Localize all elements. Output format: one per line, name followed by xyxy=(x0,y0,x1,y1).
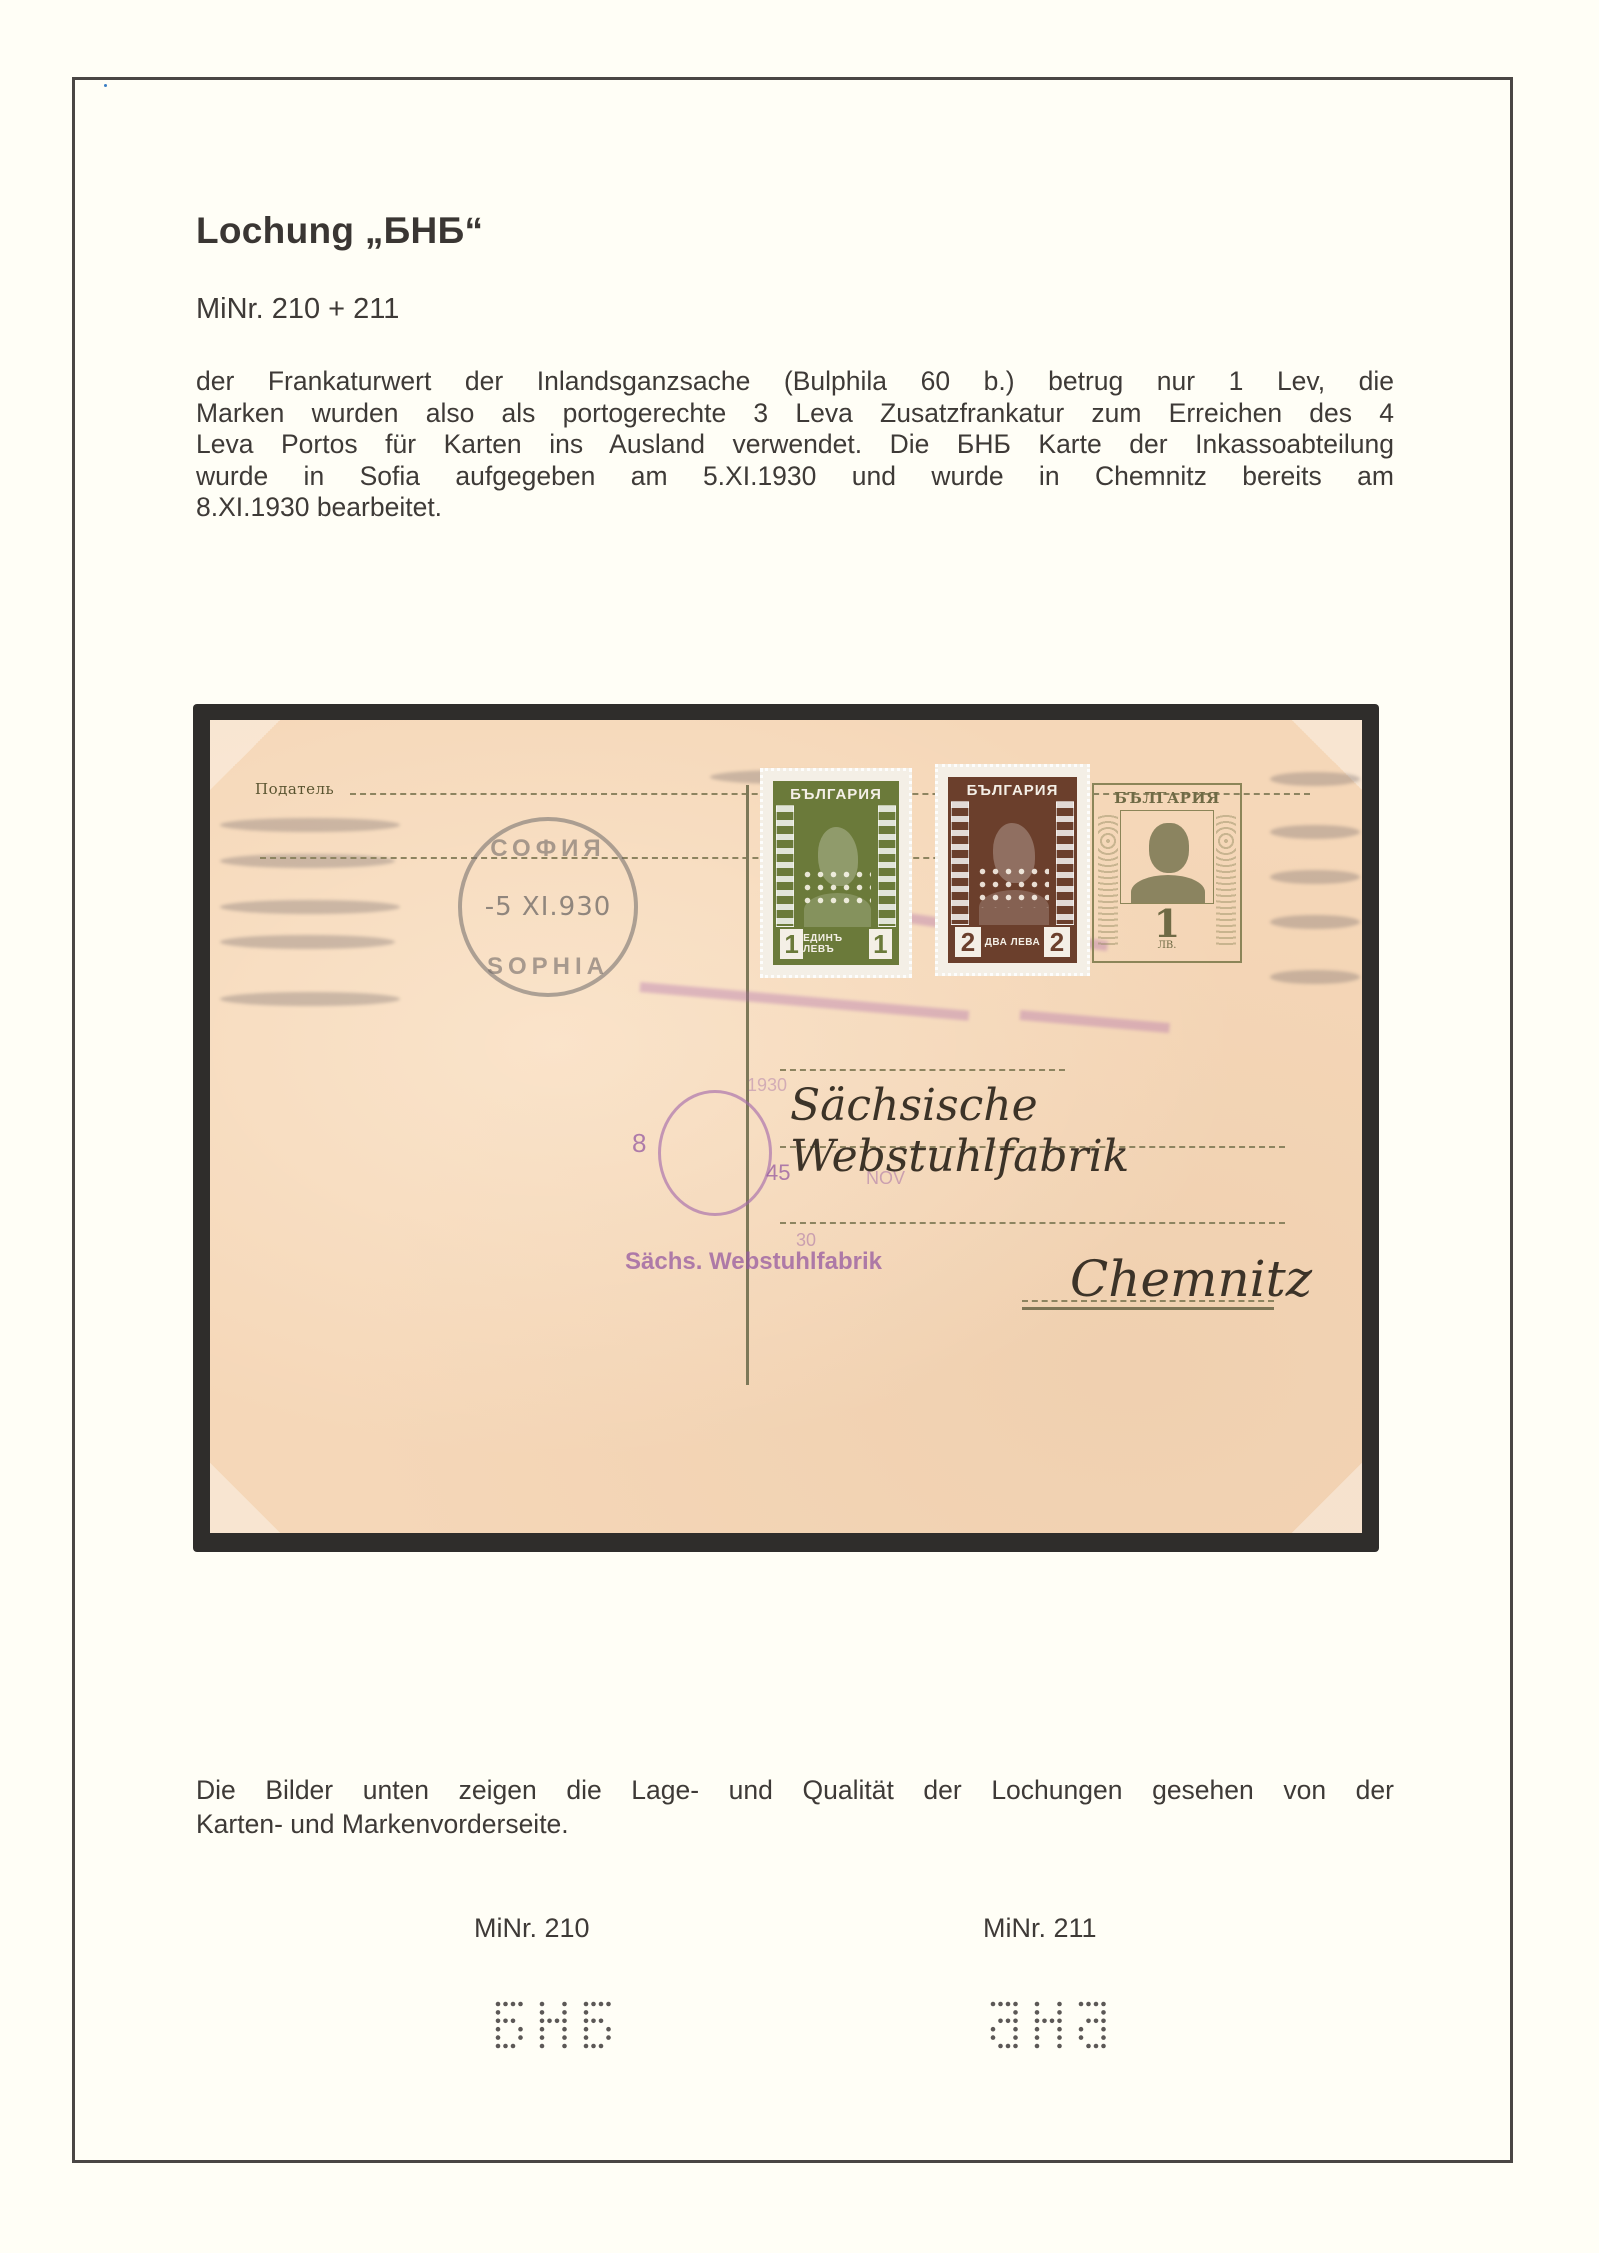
cancel-wave xyxy=(1270,825,1360,839)
postmark-city-latin: SOPHIA xyxy=(462,953,634,981)
receiving-mark-top-year: 1930 xyxy=(747,1075,787,1096)
stamp-footer: 2 ДВА ЛЕВА 2 xyxy=(951,925,1074,960)
page-title: Lochung „БНБ“ xyxy=(196,210,483,252)
description-line: wurde in Sofia aufgegeben am 5.XI.1930 u… xyxy=(196,461,1394,493)
cancel-wave xyxy=(220,900,400,914)
perfin-letter xyxy=(538,2000,568,2050)
address-line xyxy=(780,1069,1065,1071)
stamp-value: 1 xyxy=(780,929,803,959)
address-line xyxy=(780,1222,1285,1224)
perfin-holes xyxy=(976,865,1049,907)
purple-streak xyxy=(640,982,970,1021)
perfin-letter xyxy=(989,2000,1019,2050)
cancel-wave xyxy=(1270,870,1360,884)
description-line: 8.XI.1930 bearbeitet. xyxy=(196,492,1394,524)
cancel-wave xyxy=(220,992,400,1006)
perfin-holes xyxy=(801,868,872,909)
cancel-wave xyxy=(1270,915,1360,929)
catalog-numbers: MiNr. 210 + 211 xyxy=(196,293,399,326)
stamp-design: БЪЛГАРИЯ 1 ЕДИНЪ ЛЕВЪ 1 xyxy=(773,781,899,965)
purple-streak xyxy=(1020,1010,1170,1033)
mount-corner xyxy=(1292,1463,1362,1533)
perfin-letter xyxy=(1077,2000,1107,2050)
stamp-value: 2 xyxy=(1044,927,1070,957)
cancel-wave xyxy=(1270,772,1360,786)
stamp-body xyxy=(776,805,896,927)
description-paragraph: der Frankaturwert der Inlandsganzsache (… xyxy=(196,366,1394,524)
stamp-value-words: ЕДИНЪ ЛЕВЪ xyxy=(803,933,869,955)
stamp-value-words: ДВА ЛЕВА xyxy=(985,937,1040,948)
imprint-value: 1 xyxy=(1154,904,1180,944)
stamp-ornament xyxy=(951,801,969,925)
perfin-letter xyxy=(494,2000,524,2050)
scan-dot xyxy=(104,84,107,87)
stamp-value: 2 xyxy=(955,927,981,957)
perfin-letter xyxy=(582,2000,612,2050)
perfin-label-211: MiNr. 211 xyxy=(983,1913,1097,1944)
chemnitz-receiving-mark xyxy=(658,1090,772,1216)
stamp-country: БЪЛГАРИЯ xyxy=(951,780,1074,801)
perfin-letter xyxy=(1033,2000,1063,2050)
cancel-wave xyxy=(220,935,395,949)
cancel-wave xyxy=(220,818,400,832)
note-paragraph: Die Bilder unten zeigen die Lage- und Qu… xyxy=(196,1773,1394,1841)
perfin-pattern-211 xyxy=(989,2000,1107,2050)
stamp-2-leva: БЪЛГАРИЯ 2 ДВА ЛЕВА 2 xyxy=(935,764,1090,976)
description-line: der Frankaturwert der Inlandsganzsache (… xyxy=(196,366,1394,398)
note-line: Karten- und Markenvorderseite. xyxy=(196,1807,1394,1841)
receiving-mark-number: 8 xyxy=(632,1128,646,1159)
stamp-body xyxy=(951,801,1074,925)
description-line: Marken wurden also als portogerechte 3 L… xyxy=(196,398,1394,430)
sofia-postmark: СОФИЯ -5 XI.930 SOPHIA xyxy=(458,817,638,997)
mount-corner xyxy=(210,1463,280,1533)
sender-label: Податель xyxy=(255,780,334,798)
address-city: Chemnitz xyxy=(1070,1250,1312,1308)
cancel-wave xyxy=(1270,970,1360,984)
king-portrait xyxy=(969,801,1056,925)
imprint-unit: ЛВ. xyxy=(1158,940,1177,951)
stamp-ornament xyxy=(1056,801,1074,925)
postcard: Податель СОФИЯ -5 XI.930 SOPHIA БЪЛГАРИЯ… xyxy=(210,720,1362,1533)
perfin-pattern-210 xyxy=(494,2000,612,2050)
stamp-value: 1 xyxy=(869,929,892,959)
postmark-city-cyrillic: СОФИЯ xyxy=(462,835,634,863)
imprint-portrait xyxy=(1120,810,1214,904)
firm-stamp: Sächs. Webstuhlfabrik xyxy=(625,1248,882,1276)
description-line: Leva Portos für Karten ins Ausland verwe… xyxy=(196,429,1394,461)
stamp-design: БЪЛГАРИЯ 2 ДВА ЛЕВА 2 xyxy=(948,777,1077,963)
perfin-label-210: MiNr. 210 xyxy=(474,1913,590,1944)
stamp-1-lev: БЪЛГАРИЯ 1 ЕДИНЪ ЛЕВЪ 1 xyxy=(760,768,912,978)
address-recipient: Sächsische Webstuhlfabrik xyxy=(790,1080,1362,1182)
postmark-date: -5 XI.930 xyxy=(485,892,612,922)
stamp-footer: 1 ЕДИНЪ ЛЕВЪ 1 xyxy=(776,927,896,962)
note-line: Die Bilder unten zeigen die Lage- und Qu… xyxy=(196,1773,1394,1807)
stamp-ornament xyxy=(776,805,794,927)
receiving-mark-time: 45 xyxy=(766,1160,790,1186)
stamp-country: БЪЛГАРИЯ xyxy=(776,784,896,805)
imprinted-stamp: БЪЛГАРИЯ 1 ЛВ. xyxy=(1092,783,1242,963)
stamp-ornament xyxy=(878,805,896,927)
king-portrait xyxy=(794,805,878,927)
imprint-country: БЪЛГАРИЯ xyxy=(1114,789,1220,807)
